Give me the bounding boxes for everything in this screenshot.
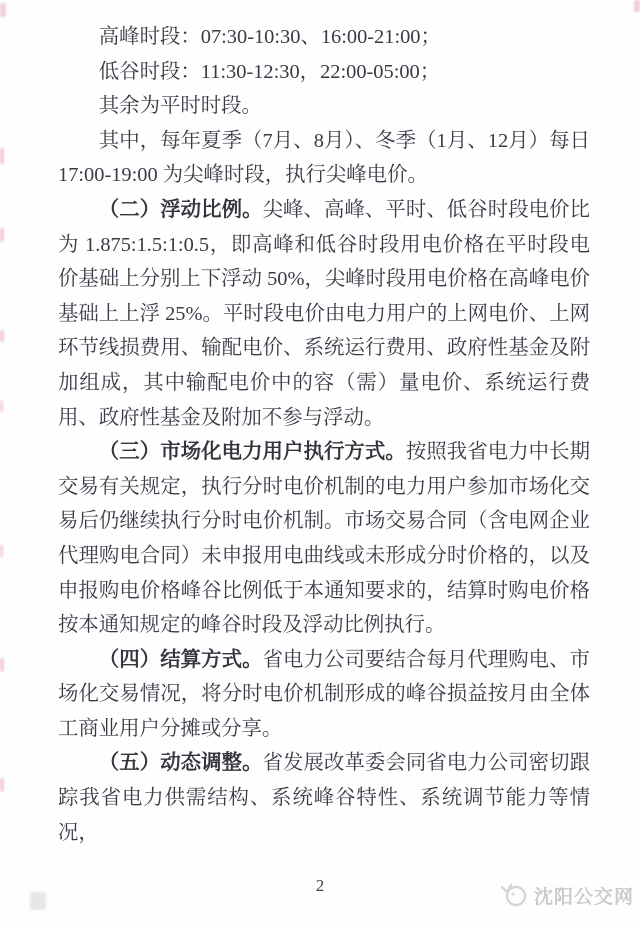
scan-artifact	[0, 658, 4, 672]
document-body: 高峰时段：07:30-10:30、16:00-21:00； 低谷时段：11:30…	[58, 20, 590, 850]
paragraph: （四）结算方式。省电力公司要结合每月代理购电、市场化交易情况，将分时电价机制形成…	[58, 643, 590, 747]
paragraph: （五）动态调整。省发展改革委会同省电力公司密切跟踪我省电力供需结构、系统峰谷特性…	[58, 746, 590, 850]
paragraph-text: 尖峰、高峰、平时、低谷时段电价比为 1.875:1.5:1:0.5，即高峰和低谷…	[58, 199, 590, 429]
section-heading-4: （四）结算方式。	[99, 649, 263, 671]
paragraph: 其中，每年夏季（7月、8月）、冬季（1月、12月）每日 17:00-19:00 …	[58, 124, 590, 193]
section-heading-5: （五）动态调整。	[99, 752, 263, 774]
document-page: 高峰时段：07:30-10:30、16:00-21:00； 低谷时段：11:30…	[0, 0, 640, 927]
section-heading-3: （三）市场化电力用户执行方式。	[99, 441, 406, 463]
paragraph: 其余为平时时段。	[58, 89, 590, 124]
paragraph-text: 低谷时段：11:30-12:30，22:00-05:00；	[99, 61, 440, 83]
paragraph: （二）浮动比例。尖峰、高峰、平时、低谷时段电价比为 1.875:1.5:1:0.…	[58, 193, 590, 435]
watermark: 沈阳公交网	[499, 881, 634, 909]
scan-artifact	[0, 545, 3, 557]
paragraph-text: 按照我省电力中长期交易有关规定，执行分时电价机制的电力用户参加市场化交易后仍继续…	[58, 441, 590, 636]
paragraph: （三）市场化电力用户执行方式。按照我省电力中长期交易有关规定，执行分时电价机制的…	[58, 435, 590, 643]
paragraph-text: 高峰时段：07:30-10:30、16:00-21:00；	[99, 26, 441, 48]
scan-artifact	[0, 148, 4, 164]
scan-artifact	[0, 3, 6, 17]
scan-artifact	[634, 0, 640, 12]
scan-artifact	[0, 400, 3, 412]
paragraph-text: 其中，每年夏季（7月、8月）、冬季（1月、12月）每日 17:00-19:00 …	[58, 130, 590, 187]
shenyang-bus-logo-icon	[499, 881, 529, 909]
scan-artifact	[0, 330, 4, 342]
paragraph: 高峰时段：07:30-10:30、16:00-21:00；	[58, 20, 590, 55]
paragraph-text: 其余为平时时段。	[99, 95, 262, 117]
section-heading-2: （二）浮动比例。	[99, 199, 263, 221]
paragraph: 低谷时段：11:30-12:30，22:00-05:00；	[58, 55, 590, 90]
scan-artifact	[0, 778, 4, 792]
scan-artifact	[0, 228, 4, 242]
watermark-text: 沈阳公交网	[534, 882, 634, 909]
